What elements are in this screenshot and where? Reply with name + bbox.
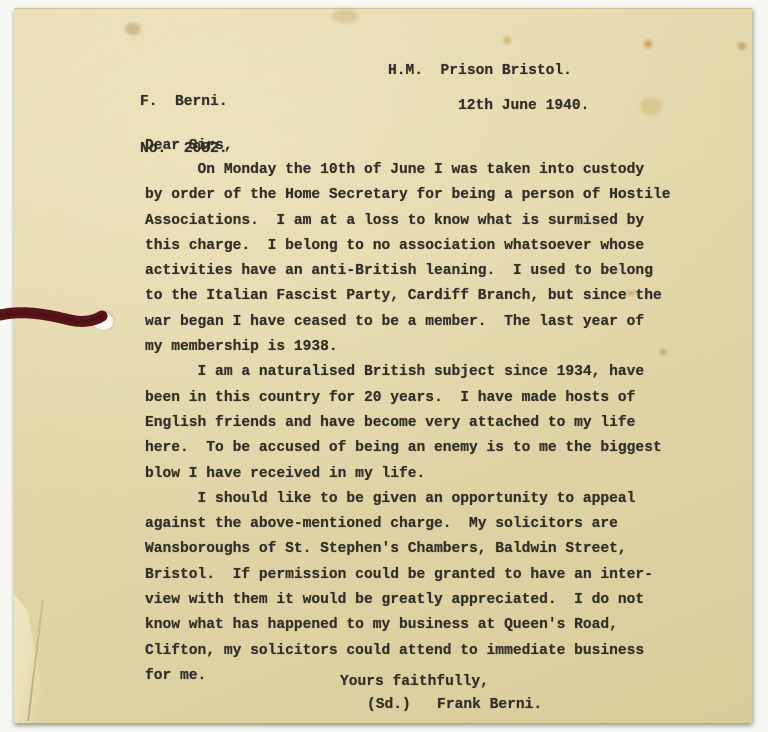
- letter-line: Associations. I am at a loss to know wha…: [145, 209, 670, 234]
- corner-fold: [14, 595, 48, 723]
- letter-line: English friends and have become very att…: [145, 411, 670, 436]
- letter-line: activities have an anti-British leaning.…: [145, 259, 670, 284]
- letter-date: 12th June 1940.: [458, 99, 589, 114]
- letter-line: against the above-mentioned charge. My s…: [145, 512, 670, 537]
- signature: (Sd.) Frank Berni.: [367, 698, 542, 713]
- stain: [125, 23, 141, 35]
- letter-line: I should like to be given an opportunity…: [145, 487, 670, 512]
- letter-line: my membership is 1938.: [145, 335, 670, 360]
- stain: [640, 97, 662, 115]
- letter-line: to the Italian Fascist Party, Cardiff Br…: [145, 284, 670, 309]
- letter-line: Clifton, my solicitors could attend to i…: [145, 639, 670, 664]
- letter-line: Bristol. If permission could be granted …: [145, 563, 670, 588]
- letter-paper: F. Berni. No. 2082. H.M. Prison Bristol.…: [14, 8, 752, 723]
- letter-line: war began I have ceased to be a member. …: [145, 310, 670, 335]
- stain: [738, 42, 746, 50]
- stain: [644, 40, 652, 48]
- sender-name: F. Berni.: [140, 95, 228, 111]
- scanned-letter-stage: F. Berni. No. 2082. H.M. Prison Bristol.…: [0, 0, 768, 732]
- letter-line: by order of the Home Secretary for being…: [145, 183, 670, 208]
- letter-line: know what has happened to my business at…: [145, 613, 670, 638]
- letter-body: On Monday the 10th of June I was taken i…: [145, 158, 670, 689]
- letter-line: blow I have received in my life.: [145, 462, 670, 487]
- letterhead-address: H.M. Prison Bristol.: [388, 64, 572, 79]
- letter-line: here. To be accused of being an enemy is…: [145, 436, 670, 461]
- letter-line: On Monday the 10th of June I was taken i…: [145, 158, 670, 183]
- letter-line: I am a naturalised British subject since…: [145, 360, 670, 385]
- closing: Yours faithfully,: [340, 675, 489, 690]
- letter-line: Wansboroughs of St. Stephen's Chambers, …: [145, 537, 670, 562]
- letter-line: view with them it would be greatly appre…: [145, 588, 670, 613]
- letter-line: this charge. I belong to no association …: [145, 234, 670, 259]
- stain: [504, 37, 511, 44]
- letter-line: been in this country for 20 years. I hav…: [145, 386, 670, 411]
- stain: [332, 9, 358, 23]
- salutation: Dear Sirs,: [145, 139, 233, 154]
- binding-thread: [0, 299, 118, 339]
